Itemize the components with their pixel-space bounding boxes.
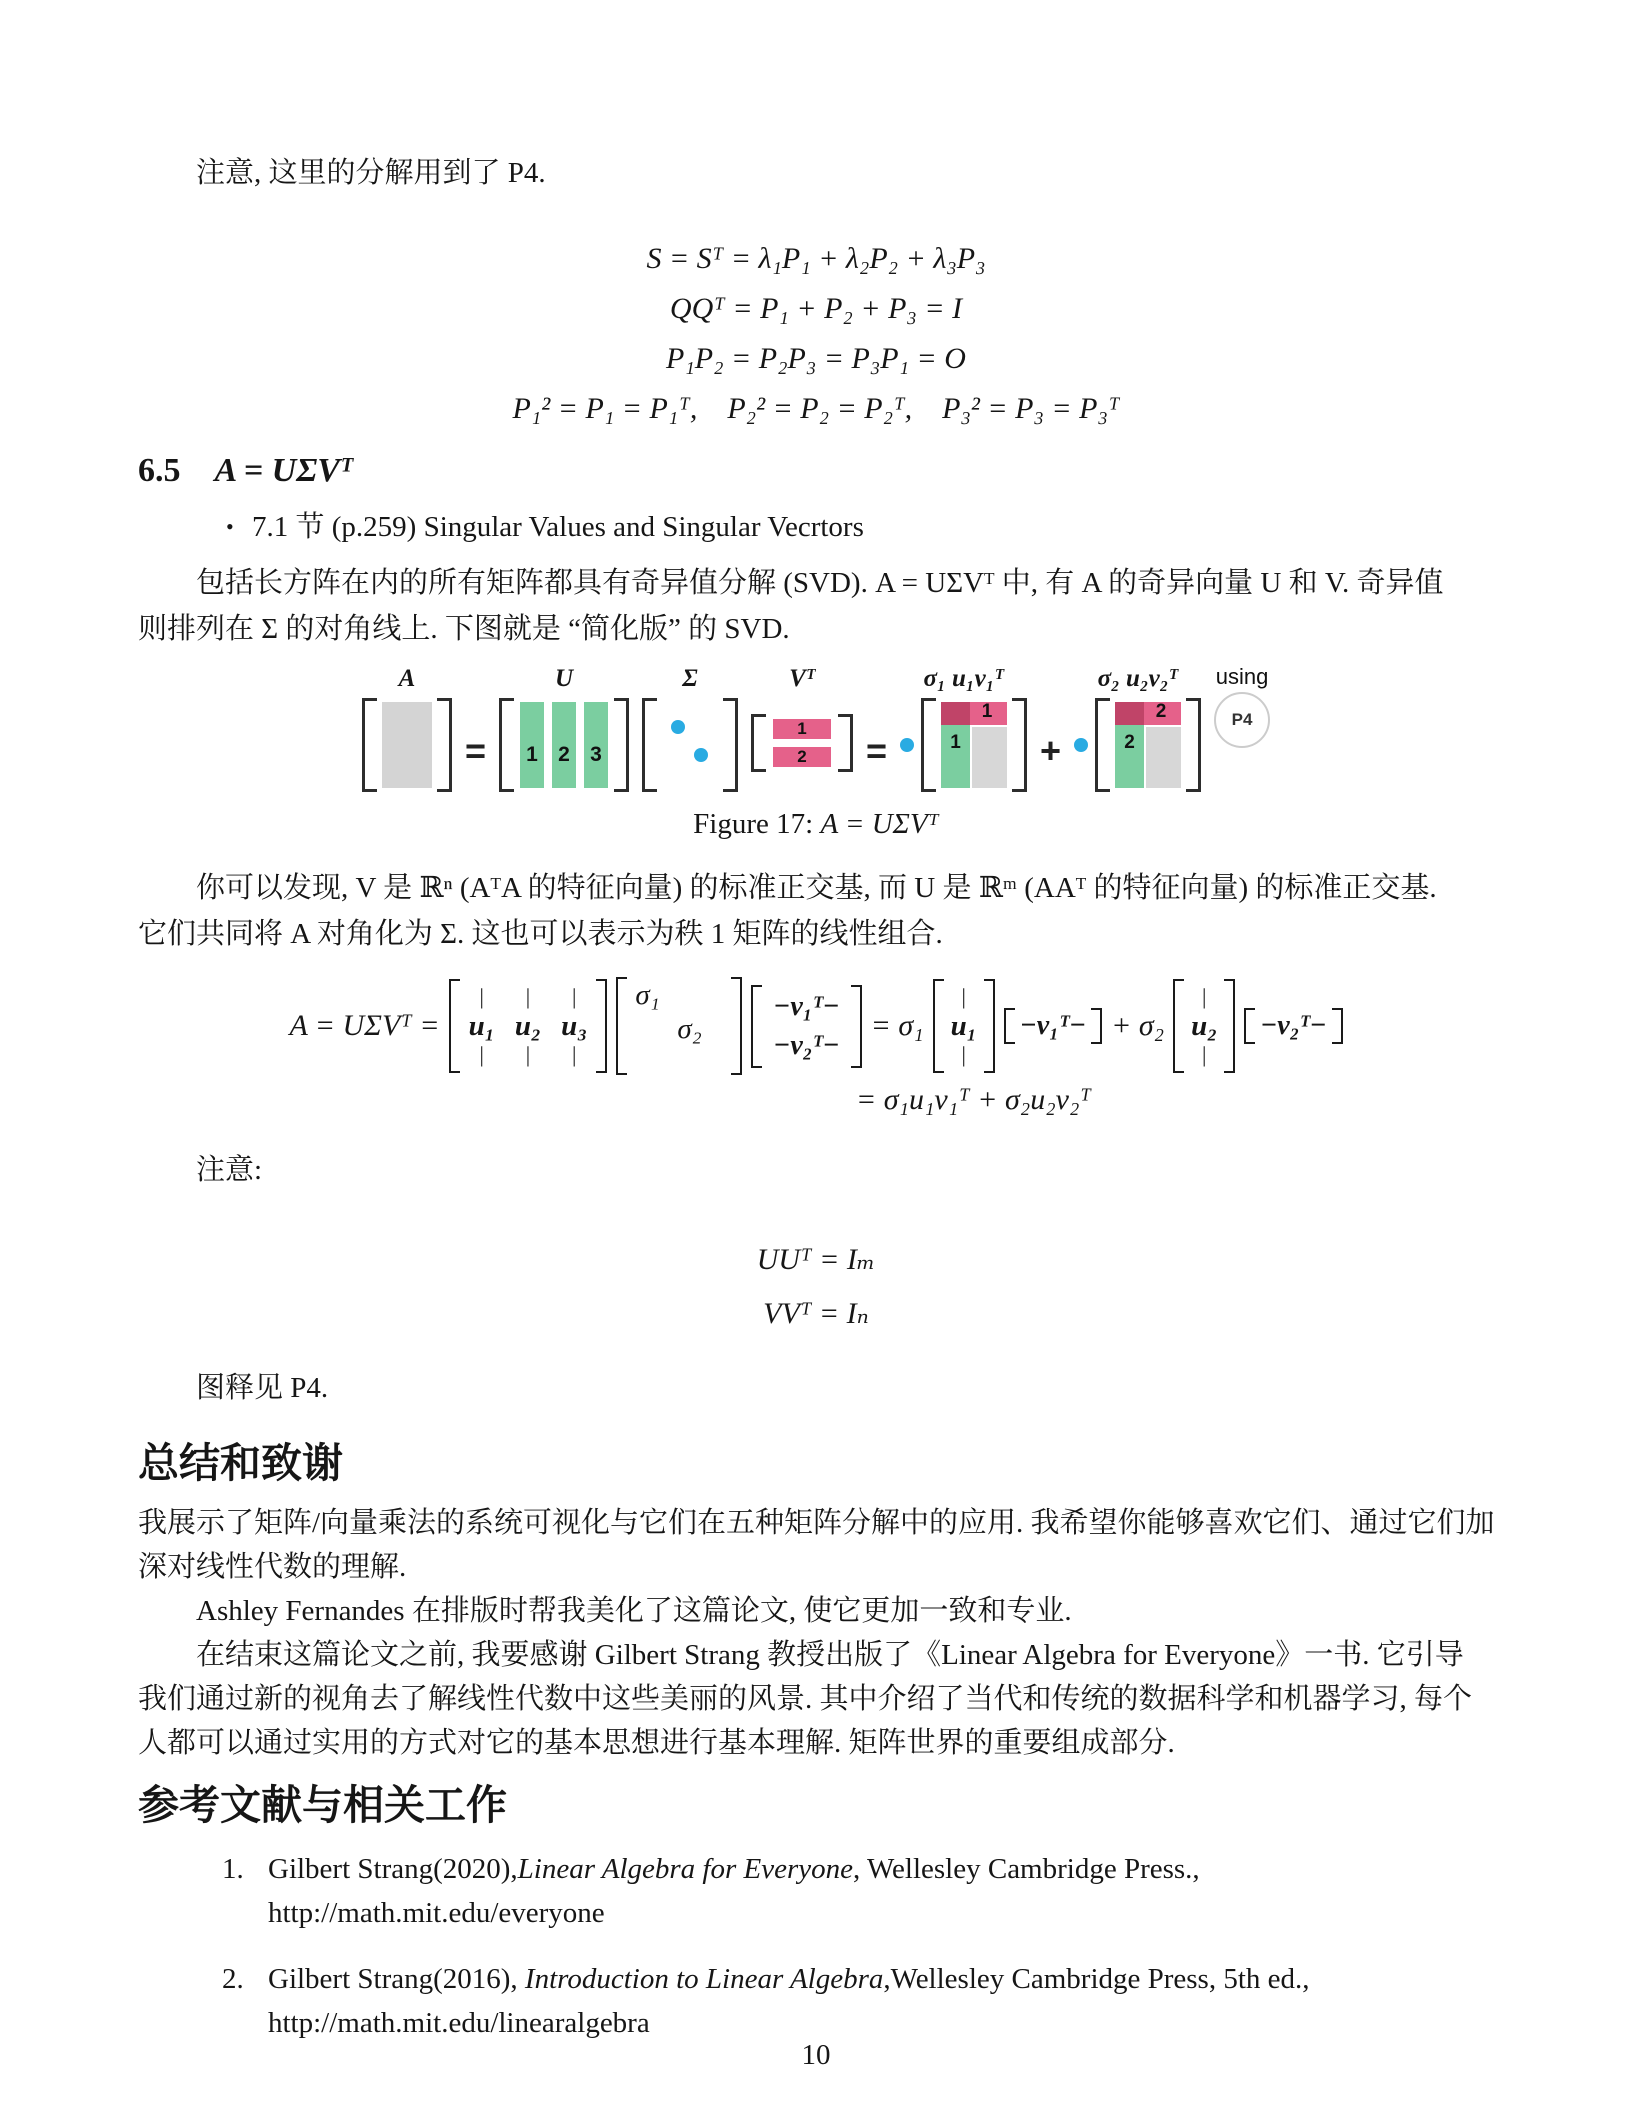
vt-row-strip: 2 <box>773 747 831 767</box>
matrix-cell: u₁ <box>951 1010 977 1042</box>
equation-lhs: A = UΣVᵀ = <box>289 1009 439 1043</box>
bracket-left <box>616 977 627 1075</box>
matrix-cell: σ₁ <box>635 979 659 1012</box>
matrix-cell: −v₂ᵀ− <box>768 1028 844 1064</box>
bracket-right <box>1332 1008 1343 1044</box>
paragraph-line: 我们通过新的视角去了解线性代数中这些美丽的风景. 其中介绍了当代和传统的数据科学… <box>138 1677 1494 1721</box>
u-column-strip: 3 <box>584 702 608 788</box>
bracket-left <box>1004 1008 1015 1044</box>
bullet-icon: • <box>226 508 252 546</box>
equation-line: P₁P₂ = P₂P₃ = P₃P₁ = O <box>138 334 1494 384</box>
paragraph-line: 你可以发现, V 是 ℝⁿ (AᵀA 的特征向量) 的标准正交基, 而 U 是 … <box>138 865 1494 911</box>
matrix-cell: u₃ <box>561 1010 587 1042</box>
matrix-cell: | <box>480 1042 484 1068</box>
bracket-right <box>838 714 853 772</box>
bracket-left <box>449 979 460 1073</box>
matrix-cell: | <box>480 984 484 1010</box>
bracket-right <box>1224 979 1235 1073</box>
u-column-strip: 1 <box>520 702 544 788</box>
term1-label: σ₁ u₁v₁ᵀ <box>924 660 1004 698</box>
vector-u1: | u₁ | <box>933 979 995 1073</box>
scalar-dot-icon <box>900 738 914 752</box>
p4-circle-badge: P4 <box>1214 692 1270 748</box>
row-number: 1 <box>967 701 1007 723</box>
rank1-term-2: σ₂ u₂v₂ᵀ 2 2 <box>1074 660 1201 792</box>
paragraph-line: 人都可以通过实用的方式对它的基本思想进行基本理解. 矩阵世界的重要组成部分. <box>138 1721 1494 1765</box>
equation-rank1-sum: = σ₁u₁v₁ᵀ + σ₂u₂v₂ᵀ <box>138 1083 1494 1117</box>
overlap-region <box>1115 702 1144 725</box>
column-number: 1 <box>941 732 970 754</box>
bracket-right <box>1091 1008 1102 1044</box>
reference-publisher: , Wellesley Cambridge Press., <box>853 1853 1200 1885</box>
summary-paragraphs: 我展示了矩阵/向量乘法的系统可视化与它们在五种矩阵分解中的应用. 我希望你能够喜… <box>138 1501 1494 1765</box>
using-p4-badge: using P4 <box>1214 664 1270 748</box>
matrix-cell: | <box>526 1042 530 1068</box>
bullet-text: 7.1 节 (p.259) Singular Values and Singul… <box>252 511 864 543</box>
paragraph-svd: 包括长方阵在内的所有矩阵都具有奇异值分解 (SVD). A = UΣVᵀ 中, … <box>138 560 1494 652</box>
matrix-cell: | <box>526 984 530 1010</box>
bracket-left <box>642 698 657 792</box>
matrix-a-label: A <box>399 660 416 698</box>
matrix-sigma-diag: σ₁ σ₂ <box>616 977 742 1075</box>
matrix-cell: u₂ <box>1191 1010 1217 1042</box>
equation-line: VVᵀ = Iₙ <box>138 1287 1494 1341</box>
reference-authors: Gilbert Strang(2016), <box>268 1963 525 1995</box>
matrix-cell: | <box>962 984 966 1010</box>
gray-matrix-fill <box>972 727 1007 788</box>
paragraph-line: 我展示了矩阵/向量乘法的系统可视化与它们在五种矩阵分解中的应用. 我希望你能够喜… <box>138 1501 1494 1545</box>
reference-url[interactable]: http://math.mit.edu/everyone <box>222 1891 1494 1935</box>
reference-publisher: ,Wellesley Cambridge Press, 5th ed., <box>883 1963 1309 1995</box>
paragraph-line: 深对线性代数的理解. <box>138 1545 1494 1589</box>
using-label: using <box>1216 664 1269 690</box>
caption-math: A = UΣVᵀ <box>820 808 938 840</box>
bracket-left <box>751 714 766 772</box>
paragraph-line: Ashley Fernandes 在排版时帮我美化了这篇论文, 使它更加一致和专… <box>138 1589 1494 1633</box>
figure-caption: Figure 17: A = UΣVᵀ <box>138 808 1494 841</box>
matrix-cell: | <box>572 1042 576 1068</box>
row-number: 2 <box>1141 701 1181 723</box>
equation-mid: = σ₁ <box>871 1009 924 1043</box>
equation-plus: + σ₂ <box>1111 1009 1164 1043</box>
equation-line: P₁² = P₁ = P₁ᵀ, P₂² = P₂ = P₂ᵀ, P₃² = P₃… <box>138 384 1494 434</box>
bracket-right <box>851 985 862 1068</box>
vector-v1t: −v₁ᵀ− <box>1004 1008 1102 1044</box>
bracket-right <box>1012 698 1027 792</box>
vt-row-strip: 1 <box>773 719 831 739</box>
column-number: 2 <box>1115 732 1144 754</box>
equals-sign: = <box>866 730 887 772</box>
bracket-right <box>596 979 607 1073</box>
scalar-dot-icon <box>1074 738 1088 752</box>
plus-sign: + <box>1040 730 1061 772</box>
section-number: 6.5 <box>138 452 181 489</box>
references-heading: 参考文献与相关工作 <box>138 1779 1494 1831</box>
bracket-left <box>921 698 936 792</box>
sigma-dot-icon <box>671 720 685 734</box>
gray-matrix-fill <box>1146 727 1181 788</box>
matrix-cell: σ₂ <box>677 1013 701 1046</box>
matrix-cell: −v₂ᵀ− <box>1255 1008 1331 1044</box>
reference-item: 2.Gilbert Strang(2016), Introduction to … <box>138 1957 1494 2045</box>
reference-title: Linear Algebra for Everyone <box>518 1853 853 1885</box>
bracket-right <box>731 977 742 1075</box>
bracket-right <box>723 698 738 792</box>
matrix-cell: | <box>1202 984 1206 1010</box>
bracket-right <box>614 698 629 792</box>
reference-authors: Gilbert Strang(2020), <box>268 1853 518 1885</box>
matrix-u: U 1 2 3 <box>499 660 629 792</box>
equation-line: QQᵀ = P₁ + P₂ + P₃ = I <box>138 284 1494 334</box>
matrix-vt: Vᵀ 1 2 <box>751 660 853 772</box>
paragraph-line: 在结束这篇论文之前, 我要感谢 Gilbert Strang 教授出版了《Lin… <box>138 1633 1494 1677</box>
matrix-cell: | <box>572 984 576 1010</box>
page-number: 10 <box>0 2039 1632 2072</box>
paper-page: 注意, 这里的分解用到了 P4. S = Sᵀ = λ₁P₁ + λ₂P₂ + … <box>0 0 1632 2112</box>
figure-svd-diagram: A = U 1 2 3 Σ Vᵀ <box>138 660 1494 792</box>
bracket-right <box>984 979 995 1073</box>
matrix-cell: | <box>1202 1042 1206 1068</box>
bracket-left <box>362 698 377 792</box>
bracket-left <box>1095 698 1110 792</box>
caption-prefix: Figure 17: <box>693 808 820 840</box>
equation-svd-expansion: A = UΣVᵀ = | u₁ | | u₂ | | u₃ <box>138 977 1494 1117</box>
paragraph-line: 则排列在 Σ 的对角线上. 下图就是 “简化版” 的 SVD. <box>138 606 1494 652</box>
equation-line: UUᵀ = Iₘ <box>138 1233 1494 1287</box>
equation-identity-block: UUᵀ = Iₘ VVᵀ = Iₙ <box>138 1233 1494 1341</box>
matrix-vt-label: Vᵀ <box>789 660 815 698</box>
vector-v2t: −v₂ᵀ− <box>1244 1008 1342 1044</box>
reference-number: 1. <box>222 1847 268 1891</box>
bracket-left <box>1244 1008 1255 1044</box>
bracket-right <box>437 698 452 792</box>
note-decomposition-p4: 注意, 这里的分解用到了 P4. <box>138 150 1494 196</box>
reference-item: 1.Gilbert Strang(2020),Linear Algebra fo… <box>138 1847 1494 1935</box>
overlap-region <box>941 702 970 725</box>
sigma-dot-icon <box>694 748 708 762</box>
reference-title: Introduction to Linear Algebra <box>525 1963 883 1995</box>
matrix-u-columns: | u₁ | | u₂ | | u₃ | <box>449 979 608 1073</box>
note-label: 注意: <box>138 1147 1494 1193</box>
term2-label: σ₂ u₂v₂ᵀ <box>1098 660 1178 698</box>
equation-line: S = Sᵀ = λ₁P₁ + λ₂P₂ + λ₃P₃ <box>138 234 1494 284</box>
summary-heading: 总结和致谢 <box>138 1437 1494 1489</box>
matrix-u-label: U <box>555 660 573 698</box>
matrix-cell: u₂ <box>515 1010 541 1042</box>
note-legend-p4: 图释见 P4. <box>138 1365 1494 1411</box>
matrix-vt-rows: −v₁ᵀ− −v₂ᵀ− <box>751 985 861 1068</box>
matrix-cell: u₁ <box>469 1010 495 1042</box>
matrix-a: A <box>362 660 452 792</box>
matrix-cell: −v₁ᵀ− <box>768 989 844 1025</box>
matrix-sigma-label: Σ <box>682 660 697 698</box>
equation-projection-block: S = Sᵀ = λ₁P₁ + λ₂P₂ + λ₃P₃ QQᵀ = P₁ + P… <box>138 234 1494 434</box>
bullet-item: •7.1 节 (p.259) Singular Values and Singu… <box>138 508 1494 546</box>
section-heading-65: 6.5A = UΣVᵀ <box>138 452 1494 490</box>
reference-number: 2. <box>222 1957 268 2001</box>
section-title: A = UΣVᵀ <box>215 452 353 489</box>
bracket-left <box>499 698 514 792</box>
bracket-right <box>1186 698 1201 792</box>
paragraph-line: 包括长方阵在内的所有矩阵都具有奇异值分解 (SVD). A = UΣVᵀ 中, … <box>138 560 1494 606</box>
paragraph-line: 它们共同将 A 对角化为 Σ. 这也可以表示为秩 1 矩阵的线性组合. <box>138 911 1494 957</box>
bracket-left <box>1173 979 1184 1073</box>
u-column-strip: 2 <box>552 702 576 788</box>
bracket-left <box>751 985 762 1068</box>
gray-matrix-fill <box>382 702 432 788</box>
paragraph-basis: 你可以发现, V 是 ℝⁿ (AᵀA 的特征向量) 的标准正交基, 而 U 是 … <box>138 865 1494 957</box>
rank1-term-1: σ₁ u₁v₁ᵀ 1 1 <box>900 660 1027 792</box>
vector-u2: | u₂ | <box>1173 979 1235 1073</box>
matrix-sigma: Σ <box>642 660 738 792</box>
matrix-cell: | <box>962 1042 966 1068</box>
equals-sign: = <box>465 730 486 772</box>
bracket-left <box>933 979 944 1073</box>
matrix-cell: −v₁ᵀ− <box>1015 1008 1091 1044</box>
